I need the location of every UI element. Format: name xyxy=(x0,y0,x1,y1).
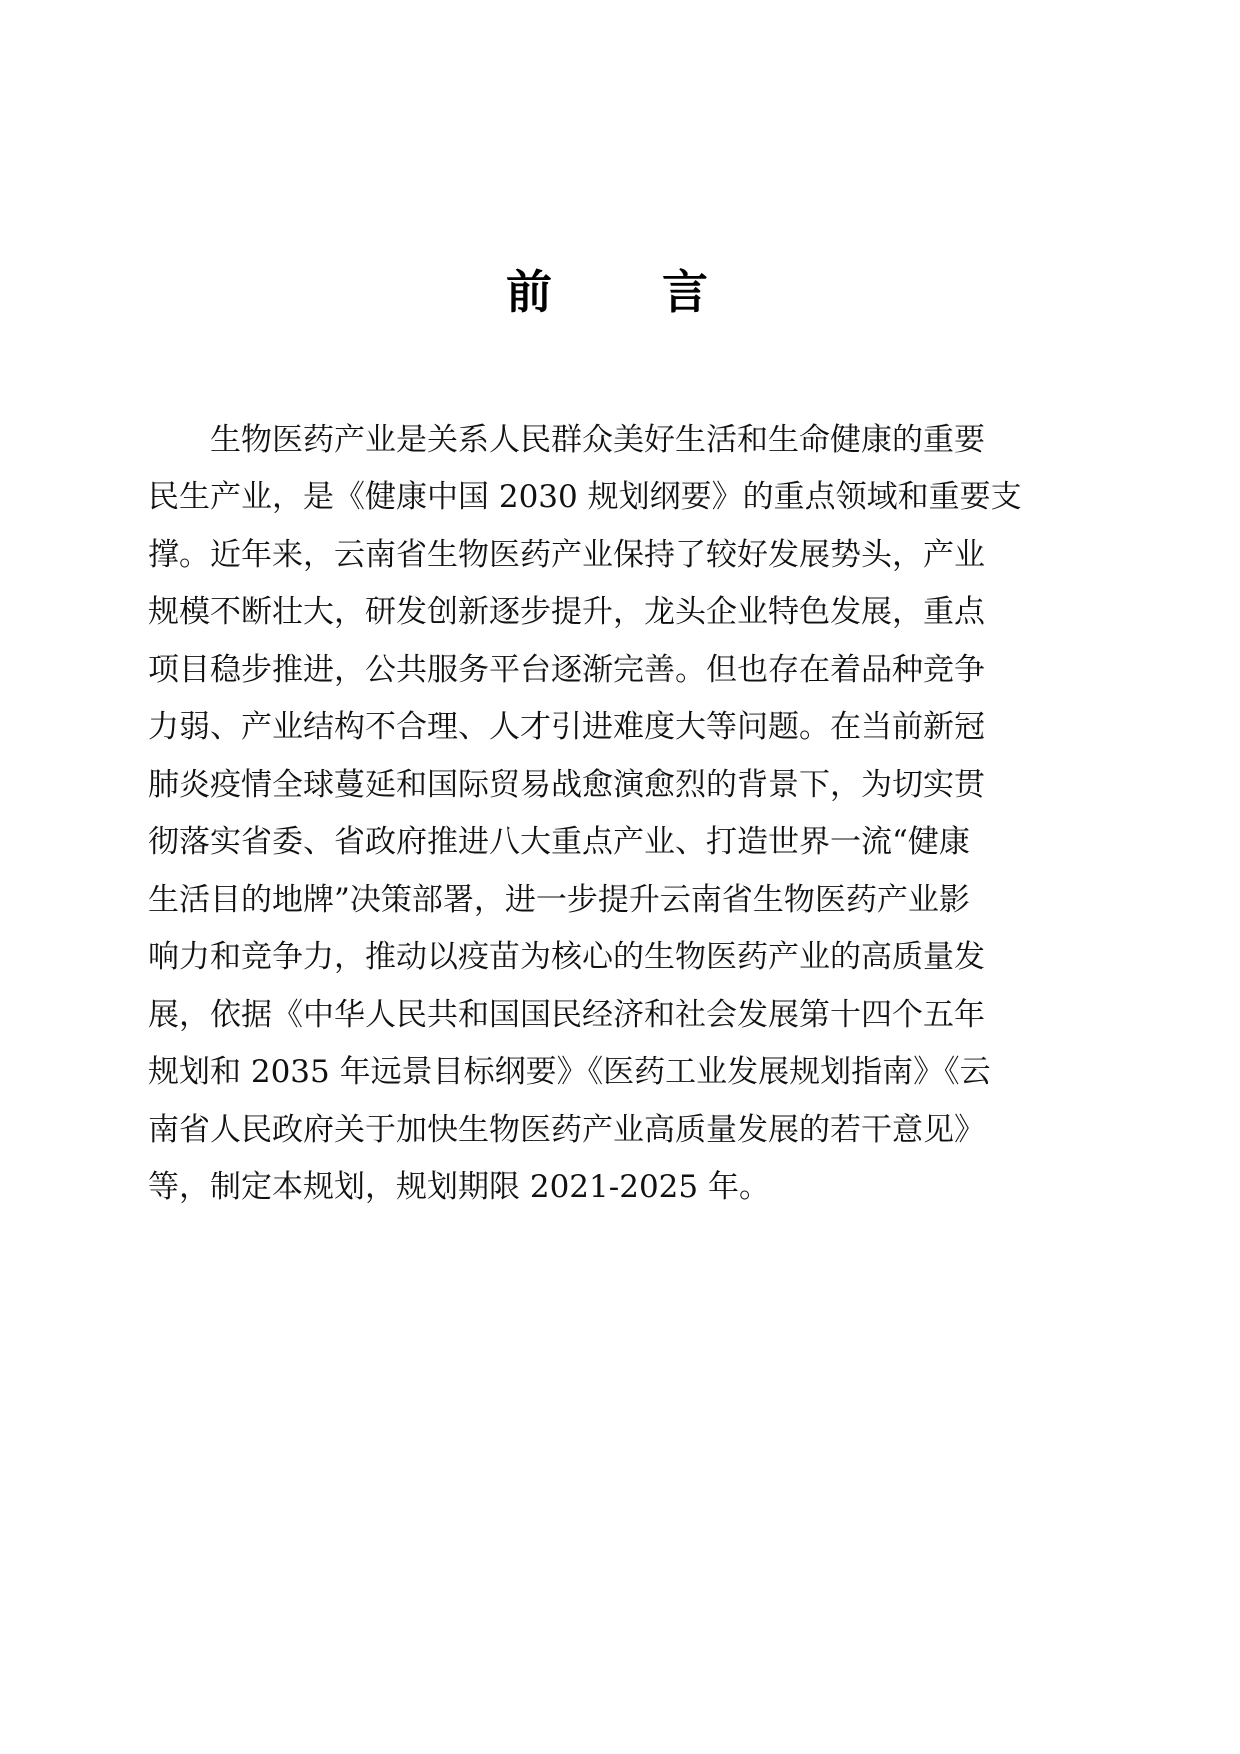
paragraph-line: 生活目的地牌”决策部署，进一步提升云南省生物医药产业影 xyxy=(148,880,945,920)
paragraph-line: 力弱、产业结构不合理、人才引进难度大等问题。在当前新冠 xyxy=(148,707,945,747)
page-title-char-2: 言 xyxy=(662,262,708,322)
paragraph-line: 撑。近年来，云南省生物医药产业保持了较好发展势头，产业 xyxy=(148,535,945,575)
paragraph-line: 肺炎疫情全球蔓延和国际贸易战愈演愈烈的背景下，为切实贯 xyxy=(148,765,945,805)
paragraph-line: 规划和 2035 年远景目标纲要》《医药工业发展规划指南》《云 xyxy=(148,1052,945,1092)
paragraph-line: 响力和竞争力，推动以疫苗为核心的生物医药产业的高质量发 xyxy=(148,937,945,977)
paragraph-line: 民生产业，是《健康中国 2030 规划纲要》的重点领域和重要支 xyxy=(148,477,945,517)
paragraph-line: 规模不断壮大，研发创新逐步提升，龙头企业特色发展，重点 xyxy=(148,592,945,632)
page-title-char-1: 前 xyxy=(506,262,552,322)
paragraph-line: 项目稳步推进，公共服务平台逐渐完善。但也存在着品种竞争 xyxy=(148,650,945,690)
paragraph-line-last: 等，制定本规划，规划期限 2021-2025 年。 xyxy=(148,1167,945,1207)
document-page: 前 言 生物医药产业是关系人民群众美好生活和生命健康的重要 民生产业，是《健康中… xyxy=(0,0,1240,1754)
paragraph-line: 彻落实省委、省政府推进八大重点产业、打造世界一流“健康 xyxy=(148,822,945,862)
paragraph-line: 展，依据《中华人民共和国国民经济和社会发展第十四个五年 xyxy=(148,995,945,1035)
paragraph-line: 南省人民政府关于加快生物医药产业高质量发展的若干意见》 xyxy=(148,1110,945,1150)
page-title: 前 言 xyxy=(0,262,1240,322)
paragraph-line: 生物医药产业是关系人民群众美好生活和生命健康的重要 xyxy=(210,420,945,460)
